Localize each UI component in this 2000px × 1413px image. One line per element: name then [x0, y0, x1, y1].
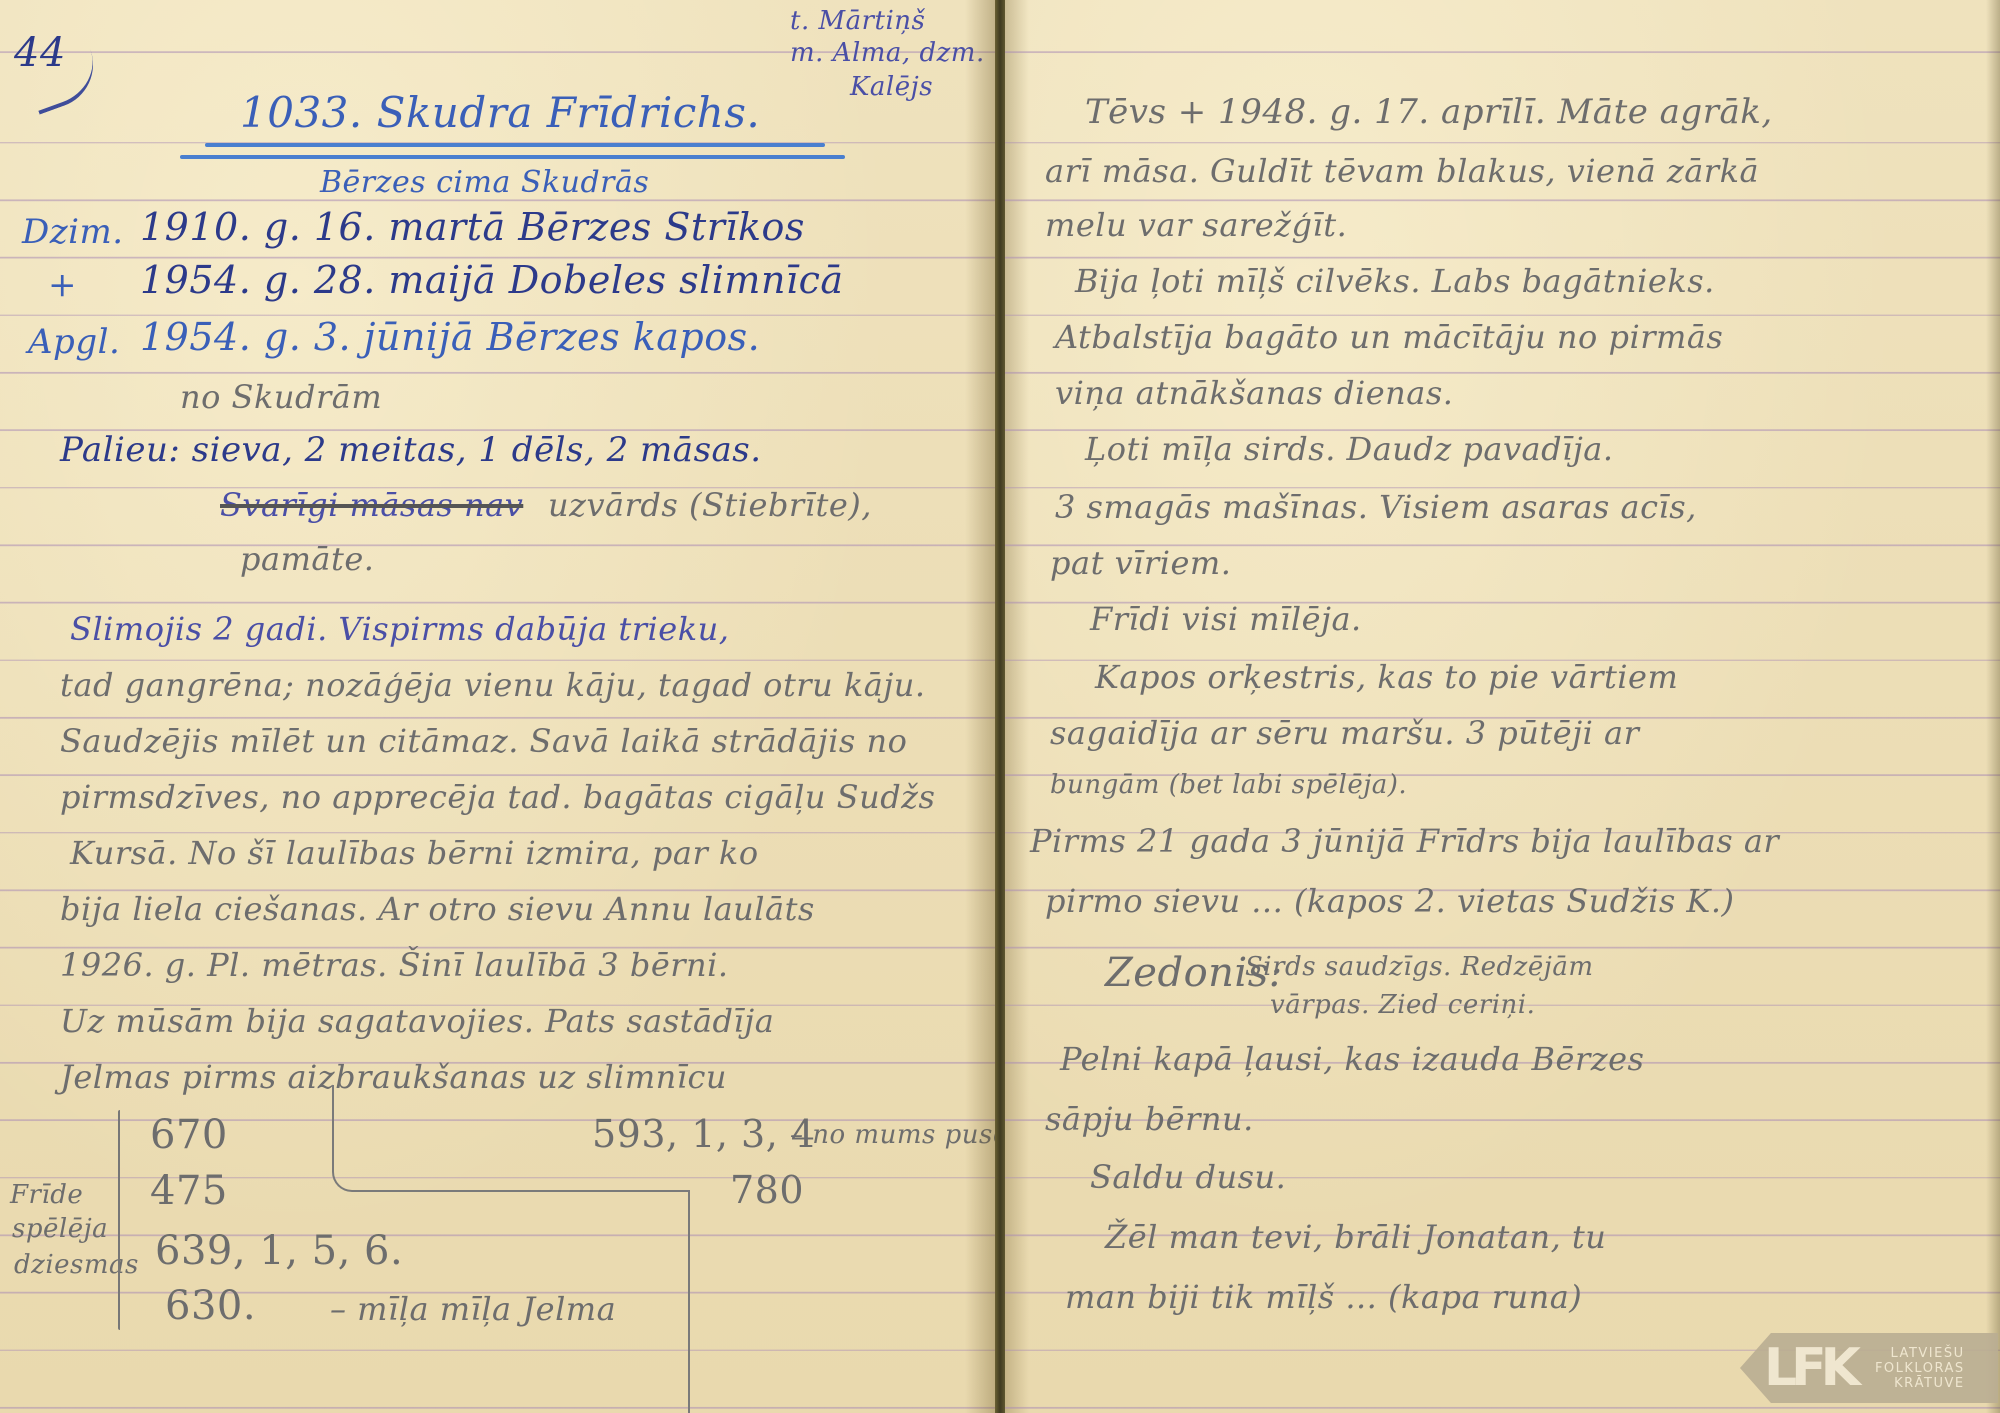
narrative-line: Slimojis 2 gadi. Vispirms dabūja trieku,: [70, 610, 729, 648]
reference-number: 670: [150, 1112, 228, 1158]
survivors-cont: uzvārds (Stiebrīte),: [548, 486, 872, 524]
record-label-buried: Apgl.: [28, 322, 120, 362]
notebook-spread: 44 t. Mārtiņš m. Alma, dzm. Kalējs 1033.…: [0, 0, 2000, 1413]
entry-subtitle: Bērzes cima Skudrās: [320, 165, 649, 200]
survivors: Palieu: sieva, 2 meitas, 1 dēls, 2 māsas…: [60, 430, 762, 470]
text-line: Bija ļoti mīļš cilvēks. Labs bagātnieks.: [1075, 262, 1715, 300]
text-line: Tēvs + 1948. g. 17. aprīlī. Māte agrāk,: [1085, 92, 1773, 132]
text-line: pat vīriem.: [1050, 544, 1231, 582]
logo-line: FOLKLORAS: [1875, 1361, 1965, 1376]
side-note-mother: m. Alma, dzm.: [790, 38, 985, 68]
text-line: 3 smagās mašīnas. Visiem asaras acīs,: [1055, 488, 1697, 526]
narrative-line: Kursā. No šī laulības bērni izmira, par …: [70, 834, 759, 872]
title-underline-double: [180, 155, 845, 159]
text-line: Pelni kapā ļausi, kas izauda Bērzes: [1060, 1040, 1644, 1078]
narrative-line: 1926. g. Pl. mētras. Šinī laulībā 3 bērn…: [60, 946, 729, 984]
margin-note: dziesmas: [14, 1250, 139, 1280]
reference-number: 639, 1, 5, 6.: [155, 1228, 403, 1274]
reference-number: 475: [150, 1168, 228, 1214]
logo-line: LATVIEŠU: [1875, 1346, 1965, 1361]
reference-number: 780: [730, 1168, 804, 1212]
narrative-line: bija liela ciešanas. Ar otro sievu Annu …: [60, 890, 815, 928]
right-page: Tēvs + 1948. g. 17. aprīlī. Māte agrāk, …: [1005, 0, 2000, 1413]
text-line: sagaidīja ar sēru maršu. 3 pūtēji ar: [1050, 714, 1639, 752]
narrative-line: pirmsdzīves, no apprecēja tad. bagātas c…: [60, 778, 935, 816]
logo-line: KRĀTUVE: [1875, 1376, 1965, 1391]
record-buried: 1954. g. 3. jūnijā Bērzes kapos.: [140, 315, 760, 359]
record-label-died: +: [48, 265, 77, 305]
text-line: Žēl man tevi, brāli Jonatan, tu: [1105, 1218, 1606, 1256]
narrative-line: Uz mūsām bija sagatavojies. Pats sastādī…: [60, 1002, 774, 1040]
left-page: 44 t. Mārtiņš m. Alma, dzm. Kalējs 1033.…: [0, 0, 995, 1413]
survivors-cont2: pamāte.: [240, 540, 374, 578]
text-line: Ļoti mīļa sirds. Daudz pavadīja.: [1085, 430, 1614, 468]
text-line: Pirms 21 gada 3 jūnijā Frīdrs bija laulī…: [1030, 822, 1779, 860]
text-line: bungām (bet labi spēlēja).: [1050, 770, 1407, 800]
narrative-line: Saudzējis mīlēt un citāmaz. Savā laikā s…: [60, 722, 907, 760]
text-line: Frīdi visi mīlēja.: [1090, 600, 1362, 638]
lfk-watermark-logo: LFK LATVIEŠU FOLKLORAS KRĀTUVE: [1740, 1333, 1998, 1403]
notebook-spine: [995, 0, 1005, 1413]
lfk-logo-icon: LFK: [1764, 1342, 1855, 1394]
inscription-text: vārpas. Zied ceriņi.: [1270, 990, 1535, 1020]
logo-text: LATVIEŠU FOLKLORAS KRĀTUVE: [1875, 1346, 1965, 1391]
side-note-father: t. Mārtiņš: [790, 6, 925, 36]
title-underline: [205, 143, 825, 147]
reference-number: 630.: [165, 1283, 256, 1329]
narrative-line: tad gangrēna; nozāģēja vienu kāju, tagad…: [60, 666, 926, 704]
connector-line: [332, 1085, 690, 1192]
record-died: 1954. g. 28. maijā Dobeles slimnīcā: [140, 258, 844, 302]
reference-note: – mīļa mīļa Jelma: [330, 1290, 616, 1328]
text-line: Saldu dusu.: [1090, 1158, 1286, 1196]
text-line: viņa atnākšanas dienas.: [1055, 374, 1453, 412]
record-label-born: Dzim.: [22, 212, 124, 252]
connector-line: [688, 1190, 690, 1413]
survivors-struck: Svarīgi māsas nav: [220, 486, 523, 524]
record-born: 1910. g. 16. martā Bērzes Strīkos: [140, 205, 805, 249]
text-line: Kapos orķestris, kas to pie vārtiem: [1095, 658, 1678, 696]
from-note: no Skudrām: [180, 378, 382, 416]
text-line: sāpju bērnu.: [1045, 1100, 1254, 1138]
text-line: Atbalstīja bagāto un mācītāju no pirmās: [1055, 318, 1723, 356]
text-line: man biji tik mīļš ... (kapa runa): [1065, 1278, 1582, 1316]
margin-note: Frīde: [10, 1180, 83, 1210]
text-line: melu var sarežģīt.: [1045, 206, 1347, 244]
text-line: arī māsa. Guldīt tēvam blakus, vienā zār…: [1045, 152, 1759, 190]
brace: [118, 1110, 120, 1330]
text-line: pirmo sievu ... (kapos 2. vietas Sudžis …: [1045, 882, 1734, 920]
inscription-text: Sirds saudzīgs. Redzējām: [1245, 952, 1593, 982]
entry-title: 1033. Skudra Frīdrichs.: [240, 88, 760, 137]
margin-note: spēlēja: [12, 1214, 108, 1244]
side-note-surname: Kalējs: [850, 72, 933, 102]
reference-note: – no mums puses: [790, 1120, 995, 1150]
